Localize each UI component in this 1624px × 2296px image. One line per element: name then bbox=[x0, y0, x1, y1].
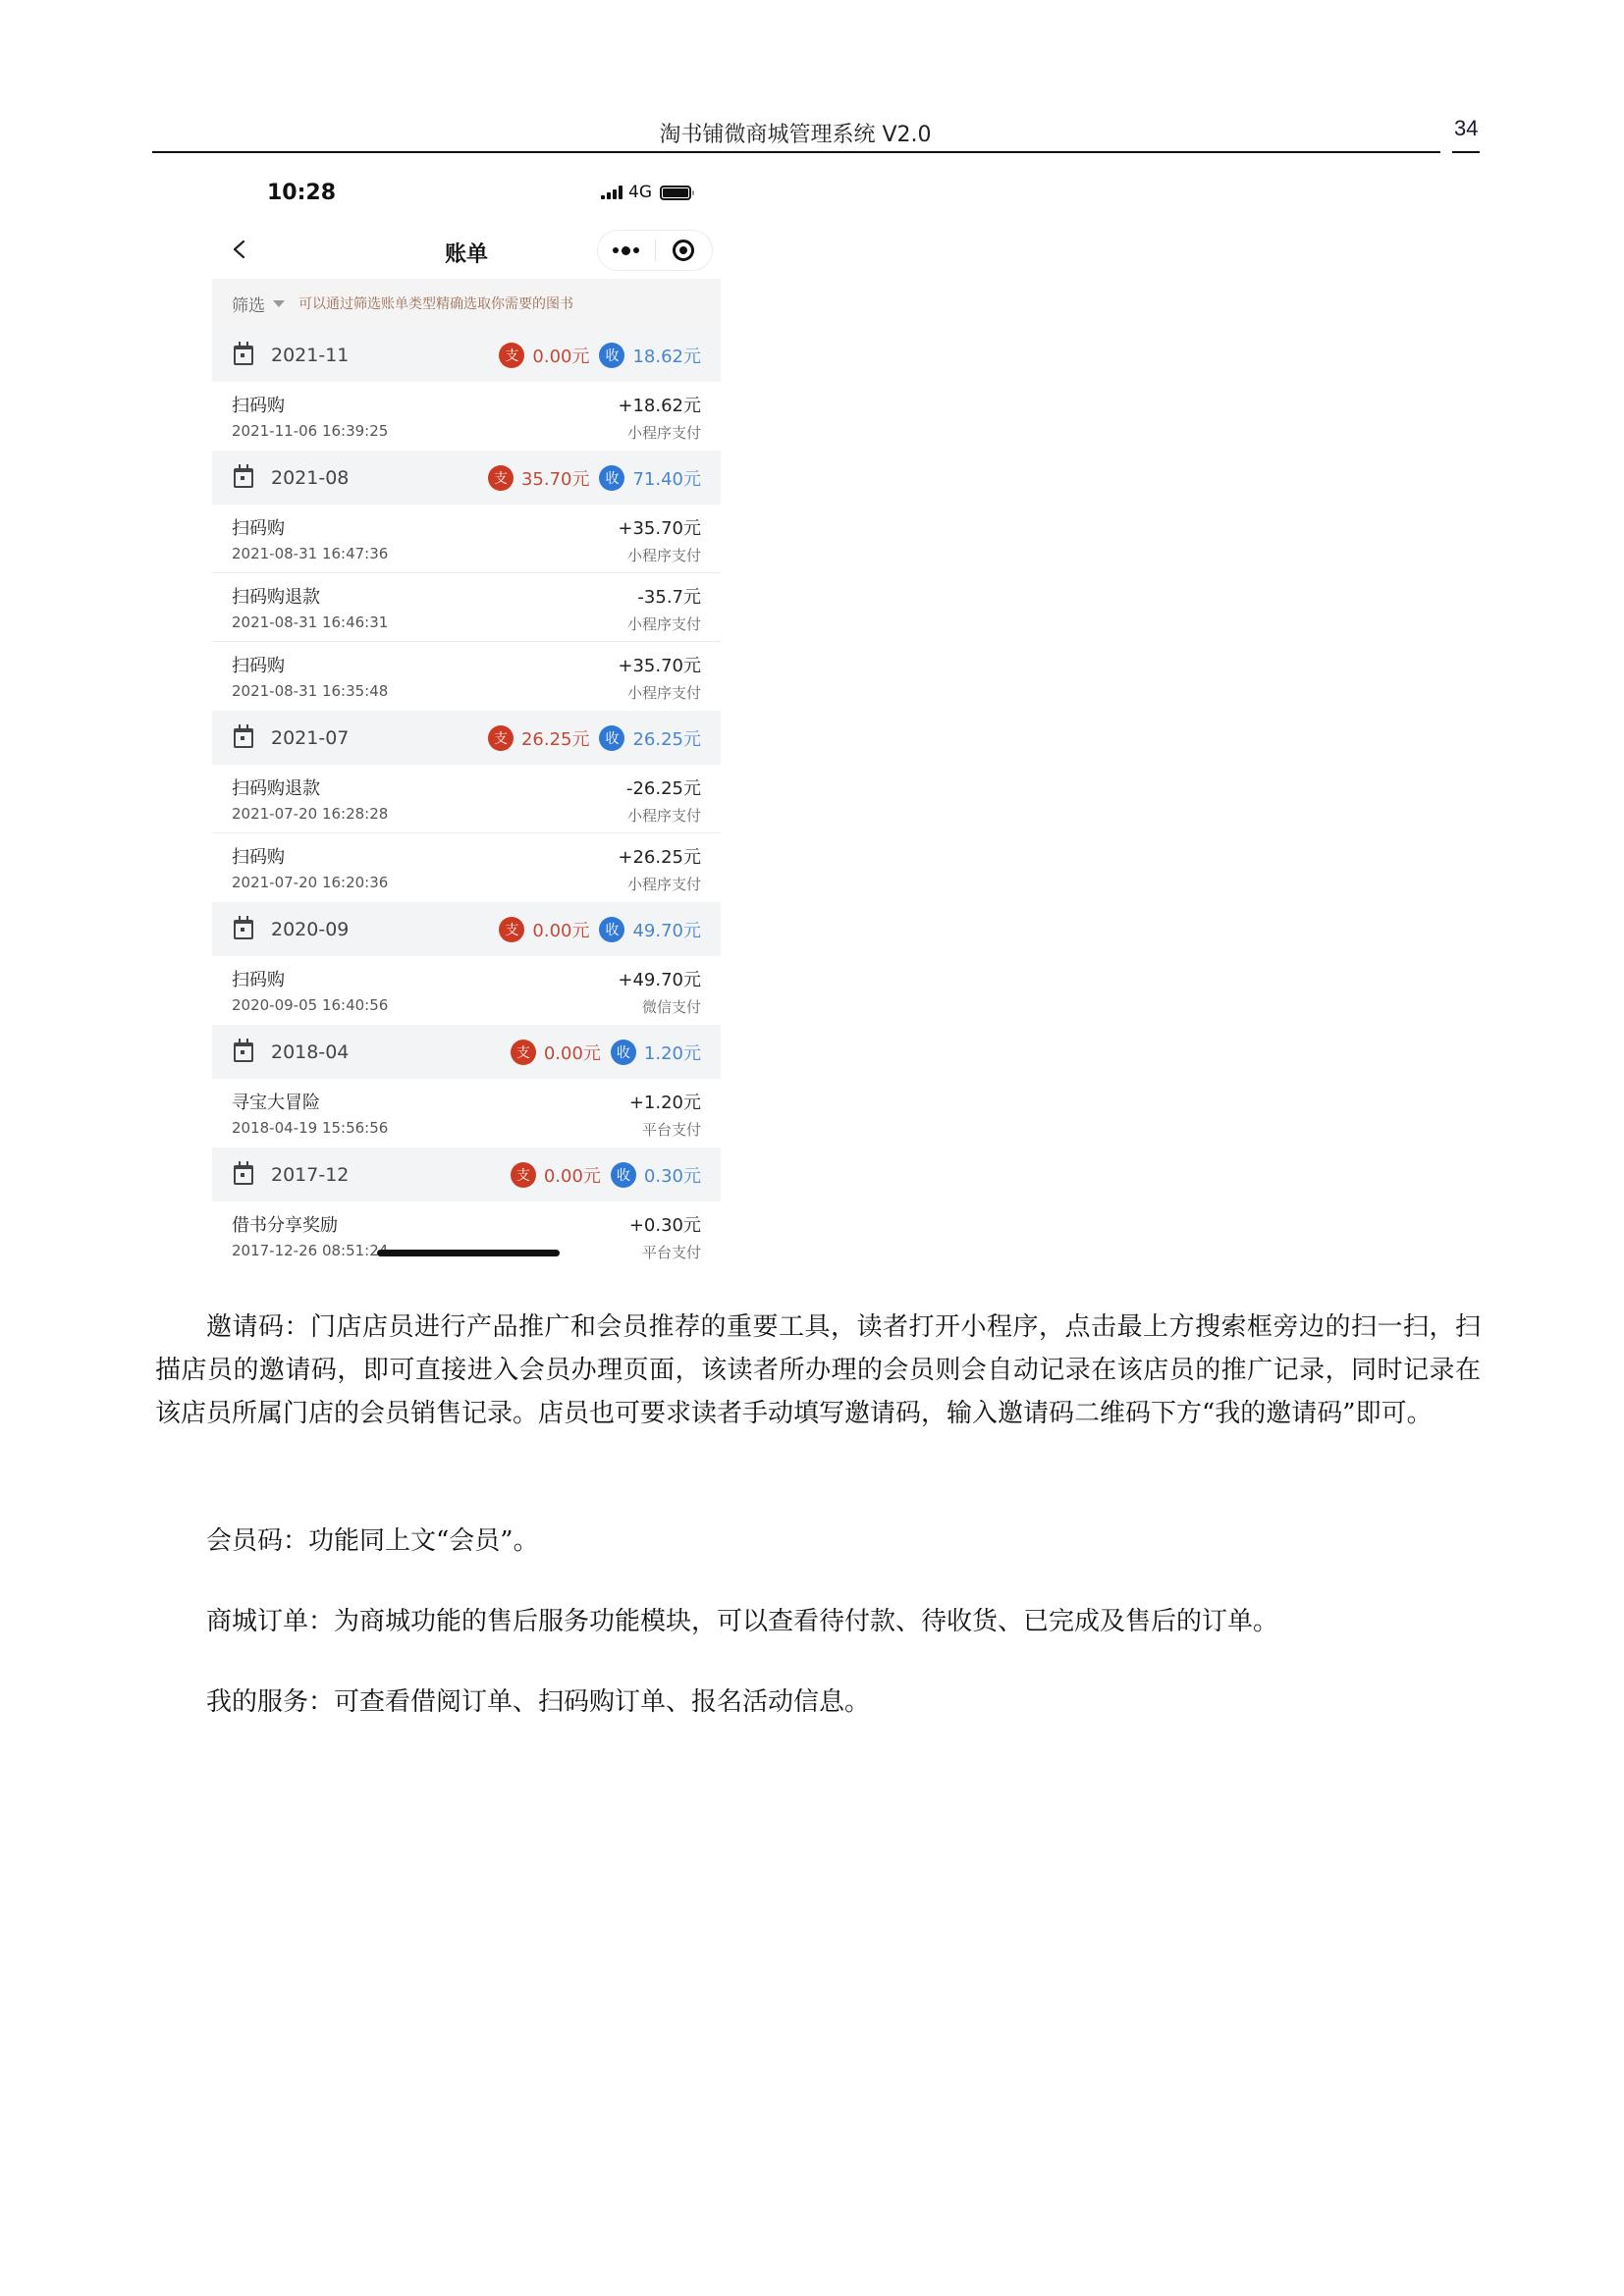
month-label: 2021-07 bbox=[271, 727, 488, 749]
month-header: 2018-04 支 0.00元 收 1.20元 bbox=[212, 1025, 721, 1079]
transaction-row[interactable]: 寻宝大冒险 2018-04-19 15:56:56 +1.20元 平台支付 bbox=[212, 1079, 721, 1148]
transaction-amount: -26.25元 bbox=[626, 774, 701, 800]
transaction-time: 2021-11-06 16:39:25 bbox=[232, 422, 388, 440]
transaction-amount: +35.70元 bbox=[618, 514, 701, 540]
paragraph-invite-code: 邀请码：门店店员进行产品推广和会员推荐的重要工具，读者打开小程序，点击最上方搜索… bbox=[155, 1306, 1481, 1435]
income-badge: 收 bbox=[611, 1162, 636, 1188]
expense-badge: 支 bbox=[511, 1162, 536, 1188]
payment-method: 平台支付 bbox=[642, 1242, 701, 1262]
transaction-amount: +1.20元 bbox=[629, 1089, 701, 1114]
calendar-icon bbox=[234, 728, 253, 748]
home-indicator bbox=[377, 1250, 560, 1256]
income-total: 1.20元 bbox=[644, 1040, 701, 1065]
transaction-row[interactable]: 扫码购 2020-09-05 16:40:56 +49.70元 微信支付 bbox=[212, 956, 721, 1025]
income-badge: 收 bbox=[599, 343, 624, 368]
month-label: 2017-12 bbox=[271, 1164, 511, 1186]
month-label: 2020-09 bbox=[271, 919, 499, 940]
calendar-icon bbox=[234, 468, 253, 488]
transaction-time: 2021-08-31 16:46:31 bbox=[232, 614, 388, 631]
expense-badge: 支 bbox=[499, 343, 524, 368]
nav-bar: 账单 bbox=[212, 222, 721, 279]
month-label: 2021-11 bbox=[271, 345, 499, 366]
calendar-icon bbox=[234, 1042, 253, 1062]
more-dots-icon bbox=[613, 247, 619, 253]
transaction-amount: +49.70元 bbox=[618, 966, 701, 991]
more-dots-icon bbox=[633, 247, 639, 253]
expense-total: 35.70元 bbox=[521, 465, 590, 491]
transaction-time: 2021-07-20 16:28:28 bbox=[232, 805, 388, 823]
mini-program-capsule bbox=[597, 230, 713, 271]
month-header: 2017-12 支 0.00元 收 0.30元 bbox=[212, 1148, 721, 1201]
page-number: 34 bbox=[1454, 116, 1478, 141]
transaction-time: 2021-08-31 16:35:48 bbox=[232, 682, 388, 700]
payment-method: 小程序支付 bbox=[627, 874, 701, 894]
income-badge: 收 bbox=[599, 465, 624, 491]
income-total: 0.30元 bbox=[644, 1162, 701, 1188]
calendar-icon bbox=[234, 1165, 253, 1185]
expense-badge: 支 bbox=[488, 725, 514, 751]
expense-total: 26.25元 bbox=[521, 725, 590, 751]
more-dots-icon bbox=[622, 246, 630, 255]
expense-badge: 支 bbox=[511, 1040, 536, 1065]
more-button[interactable] bbox=[598, 231, 655, 270]
month-header: 2021-11 支 0.00元 收 18.62元 bbox=[212, 328, 721, 382]
transaction-name: 扫码购 bbox=[232, 966, 285, 991]
expense-badge: 支 bbox=[488, 465, 514, 491]
income-badge: 收 bbox=[599, 917, 624, 942]
transaction-name: 扫码购 bbox=[232, 514, 285, 540]
payment-method: 小程序支付 bbox=[627, 422, 701, 443]
calendar-icon bbox=[234, 346, 253, 365]
transaction-amount: +18.62元 bbox=[618, 392, 701, 417]
document-title: 淘书铺微商城管理系统 V2.0 bbox=[152, 118, 1438, 148]
expense-total: 0.00元 bbox=[532, 343, 589, 368]
transaction-amount: -35.7元 bbox=[637, 583, 701, 609]
payment-method: 小程序支付 bbox=[627, 545, 701, 565]
income-total: 71.40元 bbox=[632, 465, 701, 491]
page-number-underline bbox=[1452, 151, 1480, 153]
month-header: 2021-07 支 26.25元 收 26.25元 bbox=[212, 711, 721, 765]
transaction-name: 扫码购 bbox=[232, 392, 285, 417]
status-bar: 10:28 4G bbox=[212, 167, 721, 222]
expense-total: 0.00元 bbox=[544, 1040, 601, 1065]
bill-screenshot: 10:28 4G 账单 筛选 可以通过筛选账单类型 bbox=[212, 167, 721, 1271]
transaction-row[interactable]: 扫码购退款 2021-07-20 16:28:28 -26.25元 小程序支付 bbox=[212, 765, 721, 833]
status-indicators: 4G bbox=[601, 183, 691, 202]
calendar-icon bbox=[234, 920, 253, 939]
filter-bar[interactable]: 筛选 可以通过筛选账单类型精确选取你需要的图书 bbox=[212, 279, 721, 328]
payment-method: 微信支付 bbox=[642, 996, 701, 1017]
transaction-time: 2021-07-20 16:20:36 bbox=[232, 874, 388, 891]
expense-badge: 支 bbox=[499, 917, 524, 942]
payment-method: 平台支付 bbox=[642, 1119, 701, 1140]
paragraph-mall-orders: 商城订单：为商城功能的售后服务功能模块，可以查看待付款、待收货、已完成及售后的订… bbox=[155, 1600, 1481, 1643]
payment-method: 小程序支付 bbox=[627, 805, 701, 826]
transaction-time: 2020-09-05 16:40:56 bbox=[232, 996, 388, 1014]
transaction-amount: +26.25元 bbox=[618, 843, 701, 869]
transaction-name: 借书分享奖励 bbox=[232, 1211, 338, 1237]
month-header: 2020-09 支 0.00元 收 49.70元 bbox=[212, 902, 721, 956]
transaction-row[interactable]: 扫码购退款 2021-08-31 16:46:31 -35.7元 小程序支付 bbox=[212, 573, 721, 642]
income-badge: 收 bbox=[599, 725, 624, 751]
status-time: 10:28 bbox=[267, 181, 336, 205]
transaction-time: 2017-12-26 08:51:24 bbox=[232, 1242, 388, 1259]
transaction-row[interactable]: 扫码购 2021-07-20 16:20:36 +26.25元 小程序支付 bbox=[212, 833, 721, 902]
transaction-row[interactable]: 扫码购 2021-08-31 16:35:48 +35.70元 小程序支付 bbox=[212, 642, 721, 711]
target-icon bbox=[673, 240, 694, 261]
close-button[interactable] bbox=[655, 231, 712, 270]
transaction-row[interactable]: 扫码购 2021-11-06 16:39:25 +18.62元 小程序支付 bbox=[212, 382, 721, 451]
network-label: 4G bbox=[628, 183, 652, 202]
transaction-row[interactable]: 扫码购 2021-08-31 16:47:36 +35.70元 小程序支付 bbox=[212, 505, 721, 573]
caret-down-icon[interactable] bbox=[273, 300, 285, 307]
filter-label[interactable]: 筛选 bbox=[232, 292, 265, 316]
expense-total: 0.00元 bbox=[532, 917, 589, 942]
transaction-amount: +0.30元 bbox=[629, 1211, 701, 1237]
payment-method: 小程序支付 bbox=[627, 614, 701, 634]
battery-icon bbox=[660, 186, 691, 200]
bill-list: 2021-11 支 0.00元 收 18.62元 扫码购 2021-11-06 … bbox=[212, 328, 721, 1270]
income-total: 49.70元 bbox=[632, 917, 701, 942]
signal-icon bbox=[601, 186, 623, 199]
transaction-row[interactable]: 借书分享奖励 2017-12-26 08:51:24 +0.30元 平台支付 bbox=[212, 1201, 721, 1270]
header-divider bbox=[152, 151, 1440, 153]
transaction-time: 2018-04-19 15:56:56 bbox=[232, 1119, 388, 1137]
transaction-amount: +35.70元 bbox=[618, 652, 701, 677]
month-label: 2018-04 bbox=[271, 1041, 511, 1063]
expense-total: 0.00元 bbox=[544, 1162, 601, 1188]
transaction-name: 扫码购 bbox=[232, 652, 285, 677]
income-total: 18.62元 bbox=[632, 343, 701, 368]
payment-method: 小程序支付 bbox=[627, 682, 701, 703]
transaction-name: 扫码购 bbox=[232, 843, 285, 869]
income-total: 26.25元 bbox=[632, 725, 701, 751]
month-label: 2021-08 bbox=[271, 467, 488, 489]
filter-hint: 可以通过筛选账单类型精确选取你需要的图书 bbox=[298, 294, 573, 313]
transaction-time: 2021-08-31 16:47:36 bbox=[232, 545, 388, 562]
month-header: 2021-08 支 35.70元 收 71.40元 bbox=[212, 451, 721, 505]
income-badge: 收 bbox=[611, 1040, 636, 1065]
paragraph-my-services: 我的服务：可查看借阅订单、扫码购订单、报名活动信息。 bbox=[155, 1681, 1481, 1724]
transaction-name: 扫码购退款 bbox=[232, 583, 320, 609]
transaction-name: 扫码购退款 bbox=[232, 774, 320, 800]
transaction-name: 寻宝大冒险 bbox=[232, 1089, 320, 1114]
paragraph-member-code: 会员码：功能同上文“会员”。 bbox=[155, 1520, 1481, 1563]
page-header: 淘书铺微商城管理系统 V2.0 34 bbox=[152, 116, 1483, 155]
